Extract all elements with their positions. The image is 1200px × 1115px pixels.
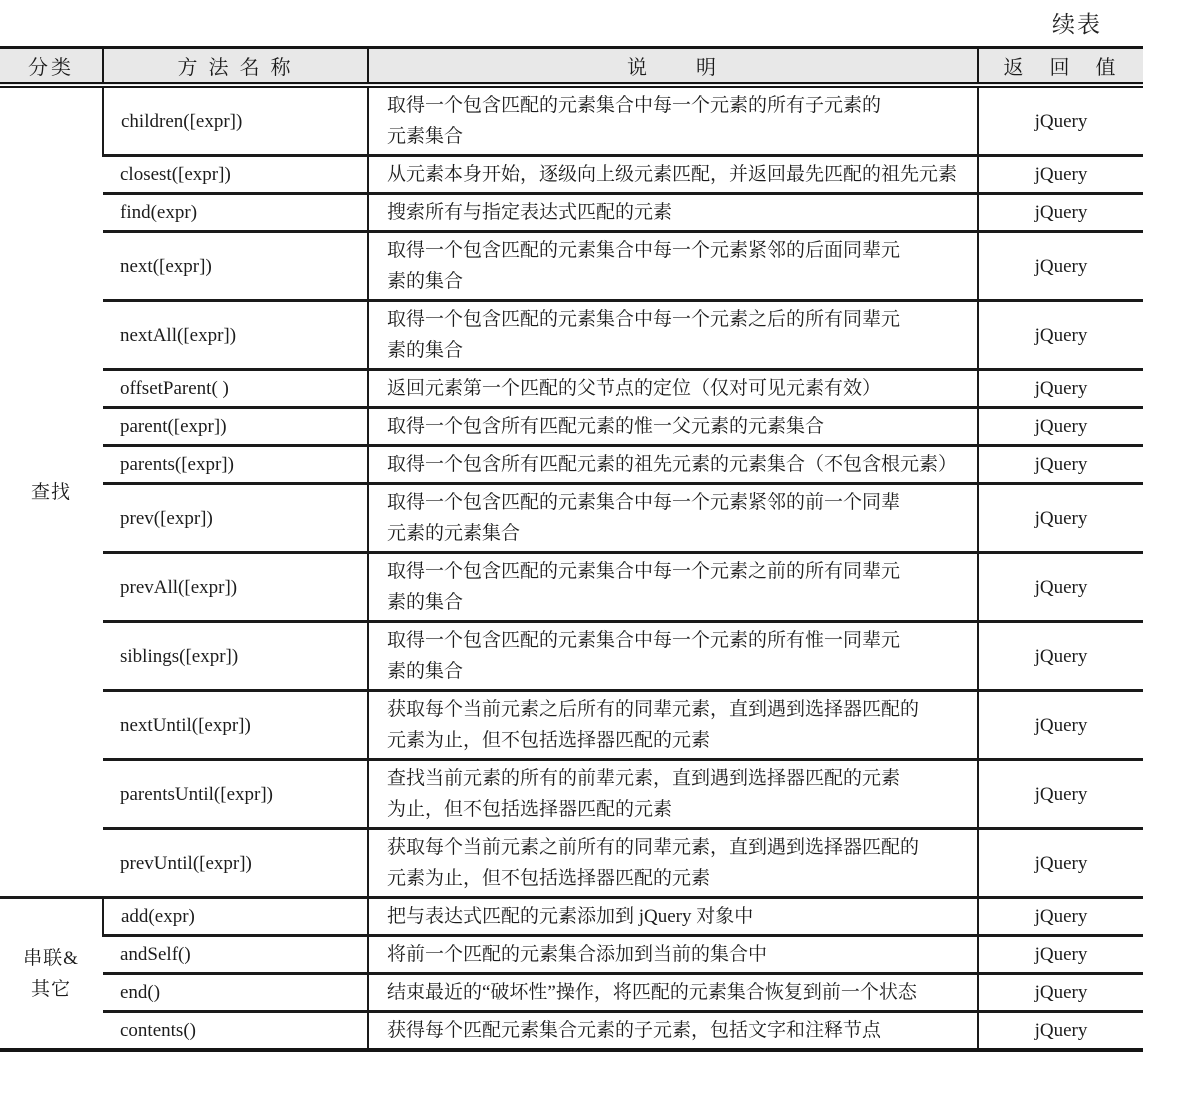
return-value-cell: jQuery [978,974,1143,1012]
description-cell: 取得一个包含匹配的元素集合中每一个元素之后的所有同辈元 素的集合 [368,301,978,370]
method-cell: offsetParent( ) [103,370,368,408]
return-value-cell: jQuery [978,408,1143,446]
method-cell: next([expr]) [103,232,368,301]
method-cell: prev([expr]) [103,484,368,553]
method-cell: children([expr]) [103,85,368,156]
method-cell: prevAll([expr]) [103,553,368,622]
description-cell: 取得一个包含匹配的元素集合中每一个元素紧邻的前一个同辈 元素的元素集合 [368,484,978,553]
table-row: contents() 获得每个匹配元素集合元素的子元素，包括文字和注释节点 jQ… [0,1012,1143,1051]
return-value-cell: jQuery [978,232,1143,301]
header-return-value: 返 回 值 [978,48,1143,86]
table-row: end() 结束最近的“破坏性”操作，将匹配的元素集合恢复到前一个状态 jQue… [0,974,1143,1012]
description-cell: 获得每个匹配元素集合元素的子元素，包括文字和注释节点 [368,1012,978,1051]
table-row: parentsUntil([expr]) 查找当前元素的所有的前辈元素，直到遇到… [0,760,1143,829]
method-cell: prevUntil([expr]) [103,829,368,898]
method-cell: nextUntil([expr]) [103,691,368,760]
return-value-cell: jQuery [978,446,1143,484]
return-value-cell: jQuery [978,156,1143,194]
description-cell: 返回元素第一个匹配的父节点的定位（仅对可见元素有效） [368,370,978,408]
book-page: 续表 分类 方 法 名 称 说 明 返 回 值 查找 children([exp… [0,0,1200,1115]
return-value-cell: jQuery [978,484,1143,553]
description-cell: 取得一个包含匹配的元素集合中每一个元素紧邻的后面同辈元 素的集合 [368,232,978,301]
description-cell: 取得一个包含匹配的元素集合中每一个元素的所有惟一同辈元 素的集合 [368,622,978,691]
method-cell: siblings([expr]) [103,622,368,691]
return-value-cell: jQuery [978,829,1143,898]
description-cell: 取得一个包含所有匹配元素的惟一父元素的元素集合 [368,408,978,446]
description-cell: 获取每个当前元素之后所有的同辈元素，直到遇到选择器匹配的 元素为止，但不包括选择… [368,691,978,760]
description-cell: 查找当前元素的所有的前辈元素，直到遇到选择器匹配的元素 为止，但不包括选择器匹配… [368,760,978,829]
header-method-name: 方 法 名 称 [103,48,368,86]
description-cell: 从元素本身开始，逐级向上级元素匹配，并返回最先匹配的祖先元素 [368,156,978,194]
description-cell: 搜索所有与指定表达式匹配的元素 [368,194,978,232]
method-cell: contents() [103,1012,368,1051]
description-cell: 取得一个包含匹配的元素集合中每一个元素之前的所有同辈元 素的集合 [368,553,978,622]
description-cell: 结束最近的“破坏性”操作，将匹配的元素集合恢复到前一个状态 [368,974,978,1012]
description-cell: 取得一个包含匹配的元素集合中每一个元素的所有子元素的 元素集合 [368,85,978,156]
return-value-cell: jQuery [978,85,1143,156]
return-value-cell: jQuery [978,622,1143,691]
table-row: closest([expr]) 从元素本身开始，逐级向上级元素匹配，并返回最先匹… [0,156,1143,194]
header-category: 分类 [0,48,103,86]
table-row: prevAll([expr]) 取得一个包含匹配的元素集合中每一个元素之前的所有… [0,553,1143,622]
table-row: nextAll([expr]) 取得一个包含匹配的元素集合中每一个元素之后的所有… [0,301,1143,370]
method-cell: nextAll([expr]) [103,301,368,370]
table-row: siblings([expr]) 取得一个包含匹配的元素集合中每一个元素的所有惟… [0,622,1143,691]
method-cell: end() [103,974,368,1012]
method-cell: andSelf() [103,936,368,974]
return-value-cell: jQuery [978,760,1143,829]
category-cell-find: 查找 [0,85,103,898]
table-row: 串联& 其它 add(expr) 把与表达式匹配的元素添加到 jQuery 对象… [0,898,1143,936]
return-value-cell: jQuery [978,370,1143,408]
return-value-cell: jQuery [978,691,1143,760]
description-cell: 将前一个匹配的元素集合添加到当前的集合中 [368,936,978,974]
return-value-cell: jQuery [978,936,1143,974]
method-cell: find(expr) [103,194,368,232]
return-value-cell: jQuery [978,553,1143,622]
method-cell: parents([expr]) [103,446,368,484]
method-cell: parentsUntil([expr]) [103,760,368,829]
return-value-cell: jQuery [978,194,1143,232]
return-value-cell: jQuery [978,1012,1143,1051]
table-row: prevUntil([expr]) 获取每个当前元素之前所有的同辈元素，直到遇到… [0,829,1143,898]
table-row: 查找 children([expr]) 取得一个包含匹配的元素集合中每一个元素的… [0,85,1143,156]
jquery-methods-table: 分类 方 法 名 称 说 明 返 回 值 查找 children([expr])… [0,46,1143,1052]
method-cell: closest([expr]) [103,156,368,194]
header-description: 说 明 [368,48,978,86]
table-row: nextUntil([expr]) 获取每个当前元素之后所有的同辈元素，直到遇到… [0,691,1143,760]
description-cell: 把与表达式匹配的元素添加到 jQuery 对象中 [368,898,978,936]
table-row: parents([expr]) 取得一个包含所有匹配元素的祖先元素的元素集合（不… [0,446,1143,484]
description-cell: 获取每个当前元素之前所有的同辈元素，直到遇到选择器匹配的 元素为止，但不包括选择… [368,829,978,898]
table-row: find(expr) 搜索所有与指定表达式匹配的元素 jQuery [0,194,1143,232]
method-cell: parent([expr]) [103,408,368,446]
table-row: prev([expr]) 取得一个包含匹配的元素集合中每一个元素紧邻的前一个同辈… [0,484,1143,553]
table-row: andSelf() 将前一个匹配的元素集合添加到当前的集合中 jQuery [0,936,1143,974]
return-value-cell: jQuery [978,301,1143,370]
table-header: 分类 方 法 名 称 说 明 返 回 值 [0,48,1143,86]
table-row: parent([expr]) 取得一个包含所有匹配元素的惟一父元素的元素集合 j… [0,408,1143,446]
table-row: next([expr]) 取得一个包含匹配的元素集合中每一个元素紧邻的后面同辈元… [0,232,1143,301]
description-cell: 取得一个包含所有匹配元素的祖先元素的元素集合（不包含根元素） [368,446,978,484]
category-cell-chain-other: 串联& 其它 [0,898,103,1051]
return-value-cell: jQuery [978,898,1143,936]
continued-table-label: 续表 [1052,6,1102,39]
table-row: offsetParent( ) 返回元素第一个匹配的父节点的定位（仅对可见元素有… [0,370,1143,408]
method-cell: add(expr) [103,898,368,936]
